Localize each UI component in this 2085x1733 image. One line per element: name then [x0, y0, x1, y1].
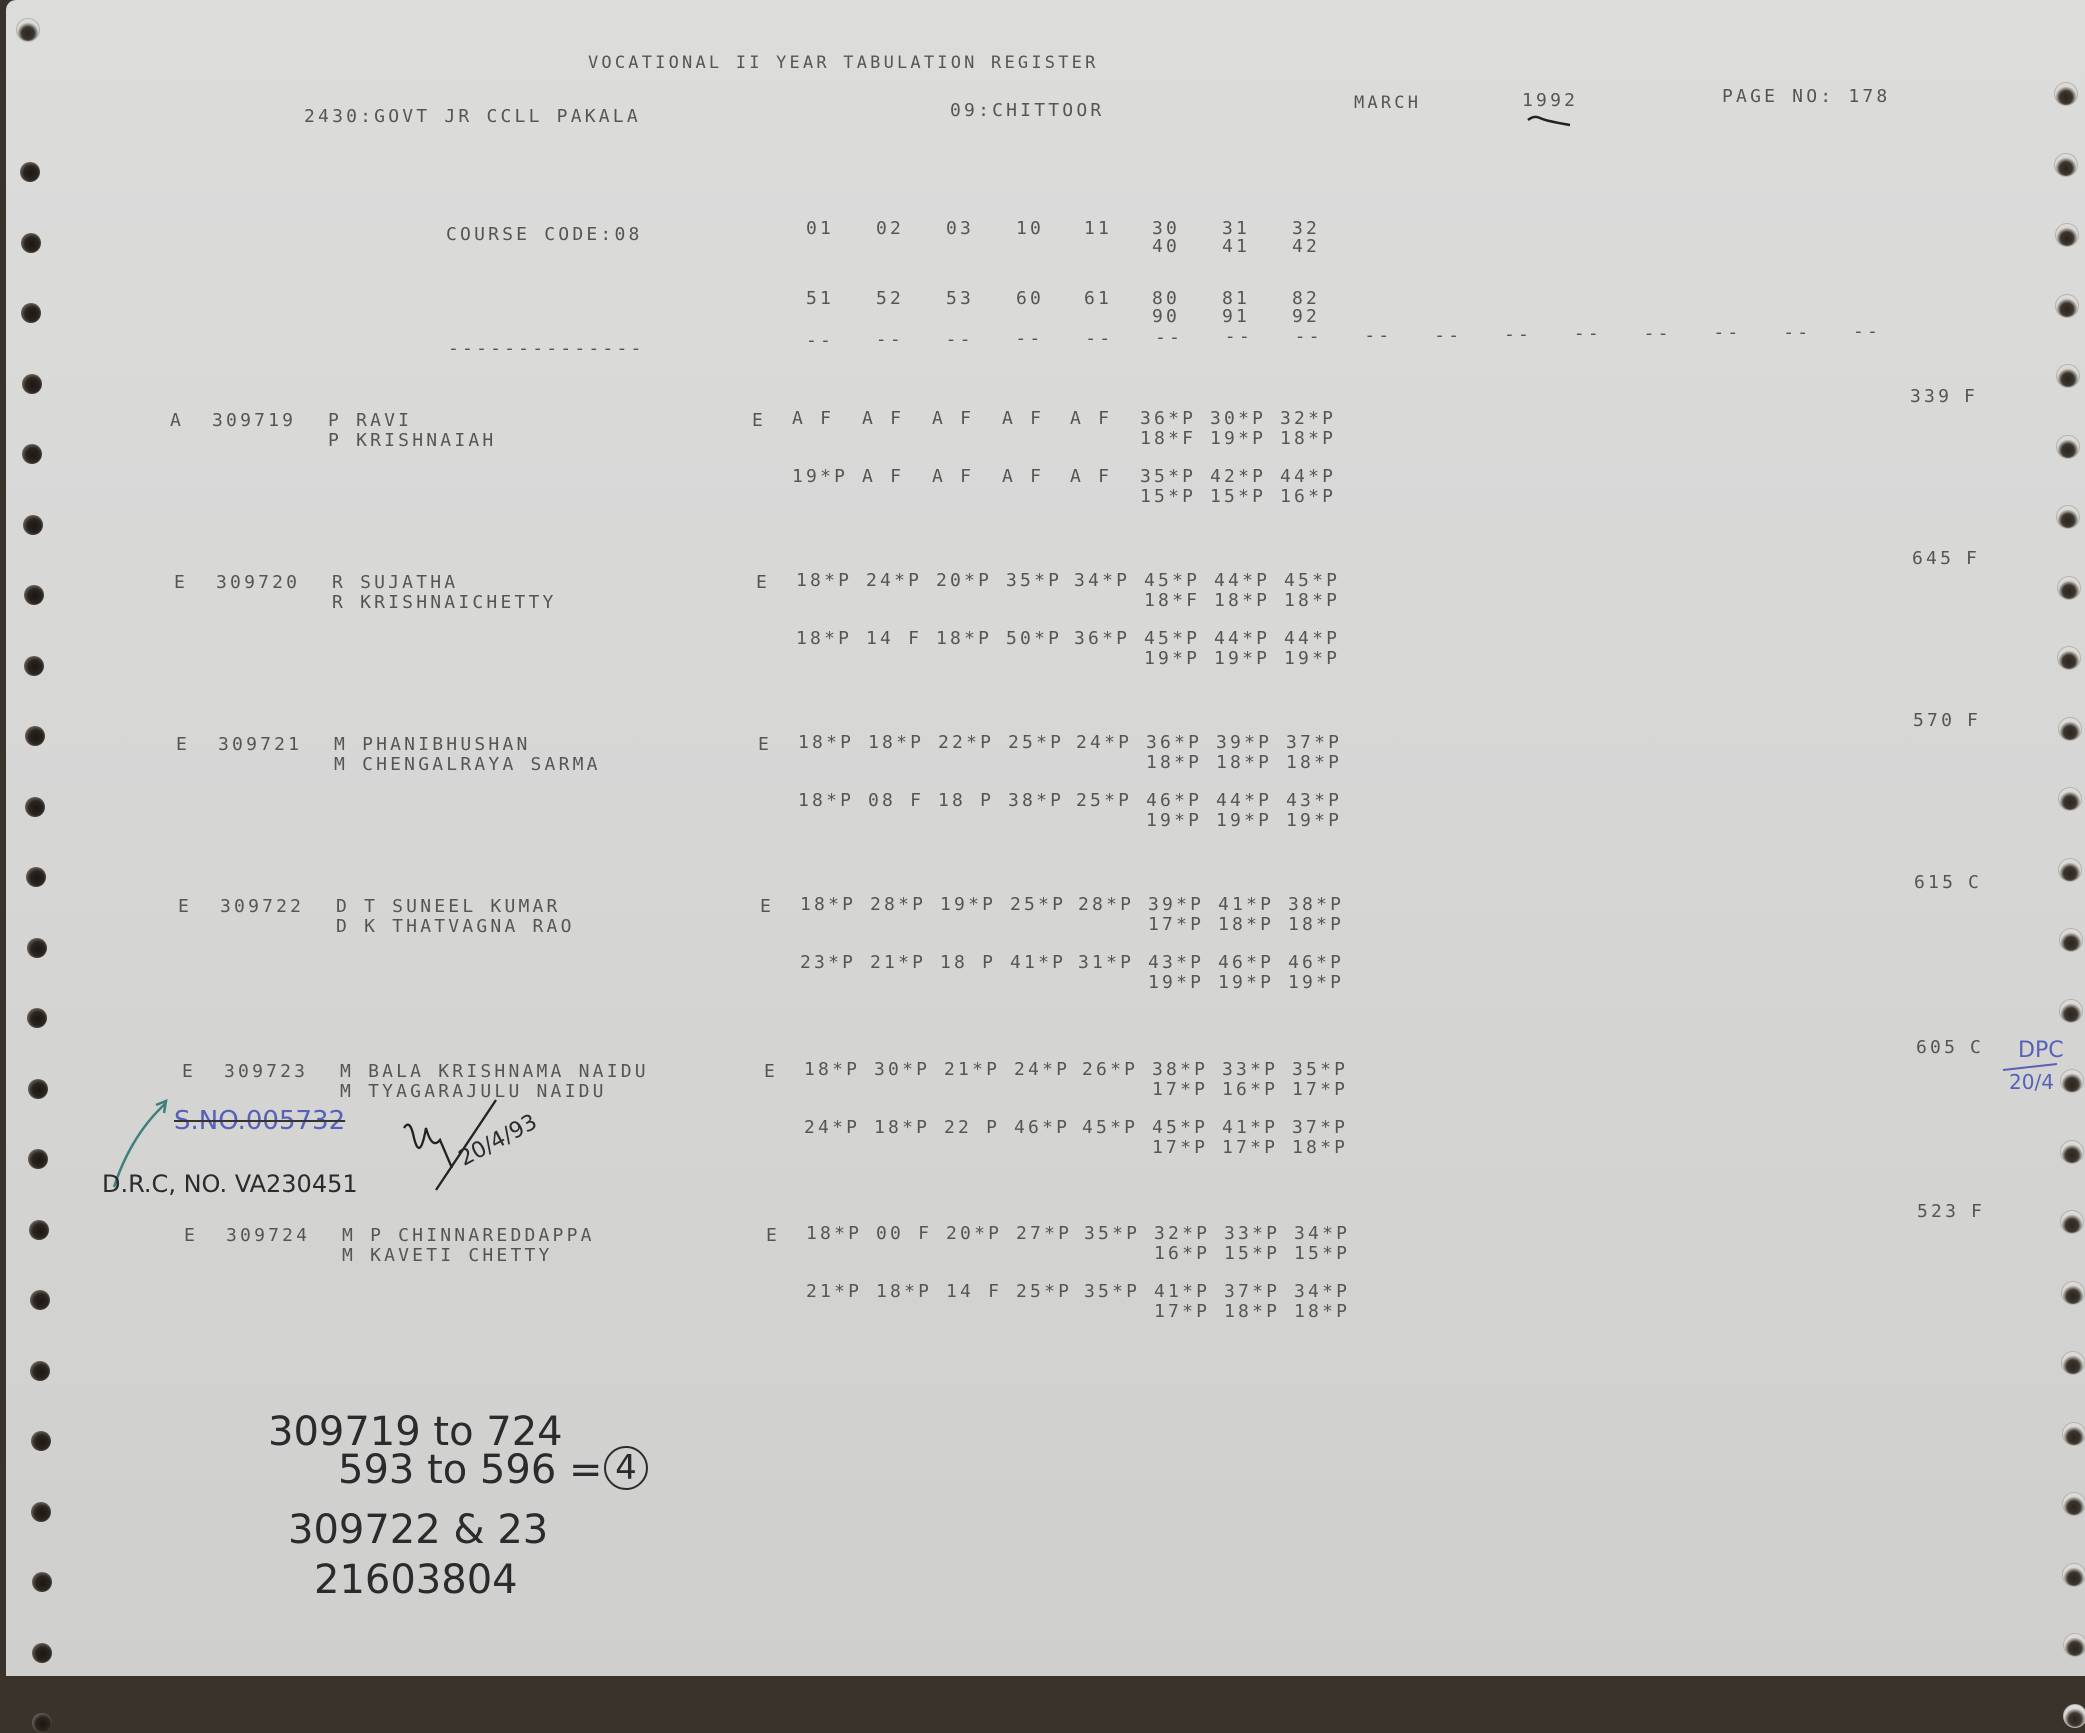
- feed-hole: [2060, 1210, 2084, 1234]
- subject-mark: 24*P: [866, 572, 922, 590]
- subject-mark: 14 F: [866, 630, 922, 648]
- subject-mark: 23*P: [800, 954, 856, 972]
- subject-mark: 18*P: [1292, 1139, 1348, 1157]
- result-code: C: [1970, 1039, 1984, 1057]
- drc-number: D.R.C, NO. VA230451: [102, 1172, 358, 1196]
- subject-mark: 18*P: [1224, 1303, 1280, 1321]
- result-code: C: [1968, 874, 1982, 892]
- subject-mark: 18*P: [936, 630, 992, 648]
- subject-mark: 34*P: [1294, 1283, 1350, 1301]
- subject-mark: 15*P: [1224, 1245, 1280, 1263]
- subject-mark: 43*P: [1148, 954, 1204, 972]
- feed-hole: [20, 162, 40, 182]
- subject-mark: 16*P: [1154, 1245, 1210, 1263]
- feed-hole: [2055, 294, 2079, 318]
- feed-hole: [2061, 1351, 2085, 1375]
- student-roll-number: 309721: [218, 736, 302, 754]
- subject-code: 90: [1152, 308, 1180, 326]
- subject-mark: 30*P: [1210, 410, 1266, 428]
- subject-mark: 24*P: [1076, 734, 1132, 752]
- subject-mark: 18*P: [796, 572, 852, 590]
- subject-mark: 18*F: [1144, 592, 1200, 610]
- subject-code: 01: [806, 220, 834, 238]
- column-divider-dashes: --: [1434, 327, 1462, 345]
- student-father-name: R KRISHNAICHETTY: [332, 594, 557, 612]
- subject-mark: A F: [1070, 410, 1112, 428]
- note-roll-range: 309719 to 724: [268, 1412, 563, 1452]
- subject-mark: 19*P: [1144, 650, 1200, 668]
- subject-mark: 18*P: [800, 896, 856, 914]
- student-name: M PHANIBHUSHAN: [334, 736, 531, 754]
- feed-hole: [2056, 435, 2080, 459]
- result-code: F: [1971, 1203, 1985, 1221]
- subject-code: 61: [1084, 290, 1112, 308]
- student-category: E: [184, 1227, 198, 1245]
- subject-mark: 18*P: [1294, 1303, 1350, 1321]
- note-serial-range: 593 to 596 =: [338, 1450, 603, 1490]
- subject-mark: 16*P: [1222, 1081, 1278, 1099]
- subject-mark: A F: [862, 410, 904, 428]
- column-divider-dashes: --: [1853, 323, 1881, 341]
- column-divider-dashes: --: [1225, 328, 1253, 346]
- column-divider-dashes: --: [1295, 328, 1323, 346]
- subject-mark: 18*P: [1284, 592, 1340, 610]
- feed-hole: [24, 585, 44, 605]
- subject-mark: 36*P: [1140, 410, 1196, 428]
- subject-mark: 18*P: [804, 1061, 860, 1079]
- subject-mark: 46*P: [1146, 792, 1202, 810]
- subject-mark: A F: [932, 468, 974, 486]
- college-name: 2430:GOVT JR CCLL PAKALA: [304, 108, 641, 126]
- subject-mark: 17*P: [1154, 1303, 1210, 1321]
- feed-hole: [24, 656, 44, 676]
- subject-mark: 38*P: [1288, 896, 1344, 914]
- subject-mark: A F: [792, 410, 834, 428]
- subject-mark: 45*P: [1082, 1119, 1138, 1137]
- medium-code: E: [766, 1227, 780, 1245]
- total-marks: 645: [1912, 550, 1954, 568]
- subject-mark: 20*P: [936, 572, 992, 590]
- course-code-label: COURSE CODE:08: [446, 226, 643, 244]
- feed-hole: [22, 444, 42, 464]
- subject-mark: 34*P: [1294, 1225, 1350, 1243]
- subject-mark: 19*P: [1286, 812, 1342, 830]
- subject-mark: 19*P: [1218, 974, 1274, 992]
- student-roll-number: 309724: [226, 1227, 310, 1245]
- column-divider-dashes: --: [946, 331, 974, 349]
- subject-mark: 25*P: [1076, 792, 1132, 810]
- note-reference-number: 21603804: [314, 1560, 518, 1600]
- subject-mark: 18*P: [1288, 916, 1344, 934]
- dpc-initials: DPC: [2018, 1040, 2064, 1062]
- subject-mark: A F: [1070, 468, 1112, 486]
- register-title: VOCATIONAL II YEAR TABULATION REGISTER: [588, 55, 1099, 72]
- student-category: E: [176, 736, 190, 754]
- feed-hole: [2056, 505, 2080, 529]
- subject-mark: 19*P: [1284, 650, 1340, 668]
- subject-mark: 15*P: [1140, 488, 1196, 506]
- feed-hole: [2061, 1281, 2085, 1305]
- feed-hole: [26, 867, 46, 887]
- subject-mark: 25*P: [1016, 1283, 1072, 1301]
- district-name: 09:CHITTOOR: [950, 102, 1104, 120]
- feed-hole: [31, 1502, 51, 1522]
- result-code: F: [1966, 550, 1980, 568]
- subject-mark: 21*P: [870, 954, 926, 972]
- subject-code: 40: [1152, 238, 1180, 256]
- exam-year: 1992: [1522, 92, 1578, 110]
- subject-mark: 36*P: [1074, 630, 1130, 648]
- subject-mark: 35*P: [1292, 1061, 1348, 1079]
- subject-mark: 44*P: [1284, 630, 1340, 648]
- subject-mark: 15*P: [1294, 1245, 1350, 1263]
- subject-mark: A F: [1002, 410, 1044, 428]
- subject-mark: 21*P: [806, 1283, 862, 1301]
- feed-hole: [2062, 1422, 2085, 1446]
- subject-mark: 35*P: [1140, 468, 1196, 486]
- subject-mark: 18*P: [806, 1225, 862, 1243]
- subject-mark: 19*P: [1216, 812, 1272, 830]
- subject-mark: 18*F: [1140, 430, 1196, 448]
- student-name: M P CHINNAREDDAPPA: [342, 1227, 595, 1245]
- subject-mark: 42*P: [1210, 468, 1266, 486]
- feed-hole: [2056, 364, 2080, 388]
- subject-mark: 26*P: [1082, 1061, 1138, 1079]
- result-code: F: [1967, 712, 1981, 730]
- feed-hole: [2060, 1069, 2084, 1093]
- subject-code: 42: [1292, 238, 1320, 256]
- subject-mark: 18*P: [1286, 754, 1342, 772]
- subject-mark: 20*P: [946, 1225, 1002, 1243]
- subject-mark: 24*P: [1014, 1061, 1070, 1079]
- subject-mark: 24*P: [804, 1119, 860, 1137]
- feed-hole: [29, 1220, 49, 1240]
- subject-code: 11: [1084, 220, 1112, 238]
- subject-mark: 41*P: [1222, 1119, 1278, 1137]
- subject-mark: 44*P: [1216, 792, 1272, 810]
- subject-mark: 08 F: [868, 792, 924, 810]
- column-divider-dashes: --: [1574, 325, 1602, 343]
- student-name: R SUJATHA: [332, 574, 458, 592]
- column-divider-dashes: --: [806, 332, 834, 350]
- column-divider-dashes: --: [1504, 326, 1532, 344]
- student-father-name: M CHENGALRAYA SARMA: [334, 756, 601, 774]
- feed-hole: [2059, 928, 2083, 952]
- subject-mark: 31*P: [1078, 954, 1134, 972]
- subject-mark: 19*P: [940, 896, 996, 914]
- subject-mark: 18 P: [938, 792, 994, 810]
- subject-code: 60: [1016, 290, 1044, 308]
- subject-mark: 27*P: [1016, 1225, 1072, 1243]
- subject-mark: 33*P: [1224, 1225, 1280, 1243]
- subject-mark: 28*P: [870, 896, 926, 914]
- subject-mark: 18*P: [874, 1119, 930, 1137]
- feed-hole: [22, 374, 42, 394]
- subject-mark: 32*P: [1280, 410, 1336, 428]
- subject-mark: 17*P: [1152, 1139, 1208, 1157]
- subject-mark: 46*P: [1014, 1119, 1070, 1137]
- column-divider-dashes: --: [1364, 327, 1392, 345]
- medium-code: E: [756, 574, 770, 592]
- subject-mark: 50*P: [1006, 630, 1062, 648]
- column-divider-dashes: --: [876, 331, 904, 349]
- subject-mark: 44*P: [1214, 630, 1270, 648]
- subject-mark: 19*P: [792, 468, 848, 486]
- subject-mark: 00 F: [876, 1225, 932, 1243]
- student-name: D T SUNEEL KUMAR: [336, 898, 561, 916]
- feed-hole: [2063, 1633, 2085, 1657]
- column-divider-dashes: --: [1015, 330, 1043, 348]
- result-code: F: [1964, 388, 1978, 406]
- student-name: P RAVI: [328, 412, 412, 430]
- dpc-date: 20/4: [2009, 1072, 2054, 1092]
- feed-hole: [32, 1643, 52, 1663]
- feed-hole: [2058, 787, 2082, 811]
- subject-mark: 35*P: [1084, 1225, 1140, 1243]
- subject-mark: 19*P: [1146, 812, 1202, 830]
- subject-mark: 39*P: [1216, 734, 1272, 752]
- feed-hole: [30, 1361, 50, 1381]
- subject-mark: 22 P: [944, 1119, 1000, 1137]
- subject-mark: 41*P: [1010, 954, 1066, 972]
- subject-mark: 25*P: [1008, 734, 1064, 752]
- feed-hole: [2054, 82, 2078, 106]
- subject-mark: 19*P: [1288, 974, 1344, 992]
- column-divider-dashes: --: [1155, 329, 1183, 347]
- feed-hole: [21, 303, 41, 323]
- feed-hole: [2054, 153, 2078, 177]
- student-roll-number: 309722: [220, 898, 304, 916]
- subject-mark: 39*P: [1148, 896, 1204, 914]
- subject-mark: 45*P: [1144, 572, 1200, 590]
- subject-mark: 32*P: [1154, 1225, 1210, 1243]
- student-roll-number: 309720: [216, 574, 300, 592]
- subject-mark: 43*P: [1286, 792, 1342, 810]
- total-marks: 523: [1917, 1203, 1959, 1221]
- subject-mark: 45*P: [1284, 572, 1340, 590]
- subject-mark: 35*P: [1006, 572, 1062, 590]
- subject-mark: A F: [862, 468, 904, 486]
- medium-code: E: [764, 1063, 778, 1081]
- year-underline-mark: [1526, 114, 1572, 128]
- feed-hole: [2058, 858, 2082, 882]
- subject-mark: 18*P: [1280, 430, 1336, 448]
- subject-mark: 44*P: [1280, 468, 1336, 486]
- student-category: E: [178, 898, 192, 916]
- student-father-name: M KAVETI CHETTY: [342, 1247, 553, 1265]
- feed-hole: [2062, 1492, 2085, 1516]
- feed-hole: [25, 797, 45, 817]
- subject-mark: 46*P: [1218, 954, 1274, 972]
- subject-mark: 45*P: [1144, 630, 1200, 648]
- medium-code: E: [760, 898, 774, 916]
- subject-mark: 18*P: [798, 734, 854, 752]
- feed-hole: [28, 1149, 48, 1169]
- subject-mark: 38*P: [1008, 792, 1064, 810]
- tabulation-register-sheet: VOCATIONAL II YEAR TABULATION REGISTER 2…: [6, 0, 2085, 1676]
- course-dashes-left: --------------: [448, 340, 645, 358]
- subject-code: 91: [1222, 308, 1250, 326]
- subject-code: 51: [806, 290, 834, 308]
- total-marks: 339: [1910, 388, 1952, 406]
- note-count-circled: 4: [604, 1446, 648, 1490]
- subject-mark: 17*P: [1222, 1139, 1278, 1157]
- total-marks: 605: [1916, 1039, 1958, 1057]
- medium-code: E: [752, 412, 766, 430]
- student-name: M BALA KRISHNAMA NAIDU: [340, 1063, 649, 1081]
- subject-mark: 18*P: [1146, 754, 1202, 772]
- subject-mark: 17*P: [1148, 916, 1204, 934]
- subject-mark: 30*P: [874, 1061, 930, 1079]
- subject-mark: 25*P: [1010, 896, 1066, 914]
- subject-mark: 18*P: [868, 734, 924, 752]
- subject-mark: 22*P: [938, 734, 994, 752]
- student-roll-number: 309719: [212, 412, 296, 430]
- subject-mark: A F: [932, 410, 974, 428]
- subject-mark: 45*P: [1152, 1119, 1208, 1137]
- column-divider-dashes: --: [1713, 324, 1741, 342]
- feed-hole: [28, 1079, 48, 1099]
- note-roll-pair: 309722 & 23: [288, 1510, 548, 1550]
- subject-mark: 41*P: [1154, 1283, 1210, 1301]
- column-divider-dashes: --: [1085, 330, 1113, 348]
- subject-mark: 36*P: [1146, 734, 1202, 752]
- subject-mark: 37*P: [1292, 1119, 1348, 1137]
- subject-mark: 21*P: [944, 1061, 1000, 1079]
- subject-mark: 18*P: [1218, 916, 1274, 934]
- subject-code: 03: [946, 220, 974, 238]
- column-divider-dashes: --: [1644, 325, 1672, 343]
- subject-mark: 37*P: [1224, 1283, 1280, 1301]
- subject-mark: 19*P: [1214, 650, 1270, 668]
- feed-hole: [2062, 1563, 2085, 1587]
- subject-mark: 18*P: [1216, 754, 1272, 772]
- student-father-name: D K THATVAGNA RAO: [336, 918, 575, 936]
- subject-code: 02: [876, 220, 904, 238]
- feed-hole: [16, 18, 40, 42]
- total-marks: 570: [1913, 712, 1955, 730]
- column-divider-dashes: --: [1783, 324, 1811, 342]
- page-number: PAGE NO: 178: [1722, 88, 1890, 106]
- subject-code: 10: [1016, 220, 1044, 238]
- subject-code: 92: [1292, 308, 1320, 326]
- subject-code: 41: [1222, 238, 1250, 256]
- subject-mark: 17*P: [1292, 1081, 1348, 1099]
- subject-code: 52: [876, 290, 904, 308]
- subject-mark: 46*P: [1288, 954, 1344, 972]
- total-marks: 615: [1914, 874, 1956, 892]
- exam-month: MARCH: [1354, 95, 1421, 112]
- subject-mark: 44*P: [1214, 572, 1270, 590]
- subject-mark: 41*P: [1218, 896, 1274, 914]
- student-roll-number: 309723: [224, 1063, 308, 1081]
- subject-mark: 18*P: [798, 792, 854, 810]
- subject-mark: 18*P: [796, 630, 852, 648]
- student-category: A: [170, 412, 184, 430]
- subject-mark: 16*P: [1280, 488, 1336, 506]
- subject-code: 53: [946, 290, 974, 308]
- subject-mark: 18*P: [1214, 592, 1270, 610]
- feed-hole: [27, 938, 47, 958]
- struck-serial-number: S.NO.005732: [174, 1108, 345, 1134]
- student-category: E: [182, 1063, 196, 1081]
- feed-hole: [32, 1572, 52, 1592]
- feed-hole: [2058, 717, 2082, 741]
- subject-mark: 14 F: [946, 1283, 1002, 1301]
- student-father-name: P KRISHNAIAH: [328, 432, 496, 450]
- feed-hole: [23, 515, 43, 535]
- subject-mark: 18*P: [876, 1283, 932, 1301]
- subject-mark: 19*P: [1210, 430, 1266, 448]
- subject-mark: 17*P: [1152, 1081, 1208, 1099]
- subject-mark: A F: [1002, 468, 1044, 486]
- feed-hole: [2057, 646, 2081, 670]
- subject-mark: 19*P: [1148, 974, 1204, 992]
- feed-hole: [27, 1008, 47, 1028]
- subject-mark: 28*P: [1078, 896, 1134, 914]
- subject-mark: 34*P: [1074, 572, 1130, 590]
- feed-hole: [30, 1290, 50, 1310]
- feed-hole: [2057, 576, 2081, 600]
- feed-hole: [21, 233, 41, 253]
- subject-mark: 33*P: [1222, 1061, 1278, 1079]
- subject-mark: 15*P: [1210, 488, 1266, 506]
- student-category: E: [174, 574, 188, 592]
- feed-hole: [2059, 999, 2083, 1023]
- feed-hole: [2055, 223, 2079, 247]
- feed-hole: [25, 726, 45, 746]
- feed-hole: [2060, 1140, 2084, 1164]
- subject-mark: 37*P: [1286, 734, 1342, 752]
- subject-mark: 18 P: [940, 954, 996, 972]
- subject-mark: 35*P: [1084, 1283, 1140, 1301]
- subject-mark: 38*P: [1152, 1061, 1208, 1079]
- feed-hole: [31, 1431, 51, 1451]
- medium-code: E: [758, 736, 772, 754]
